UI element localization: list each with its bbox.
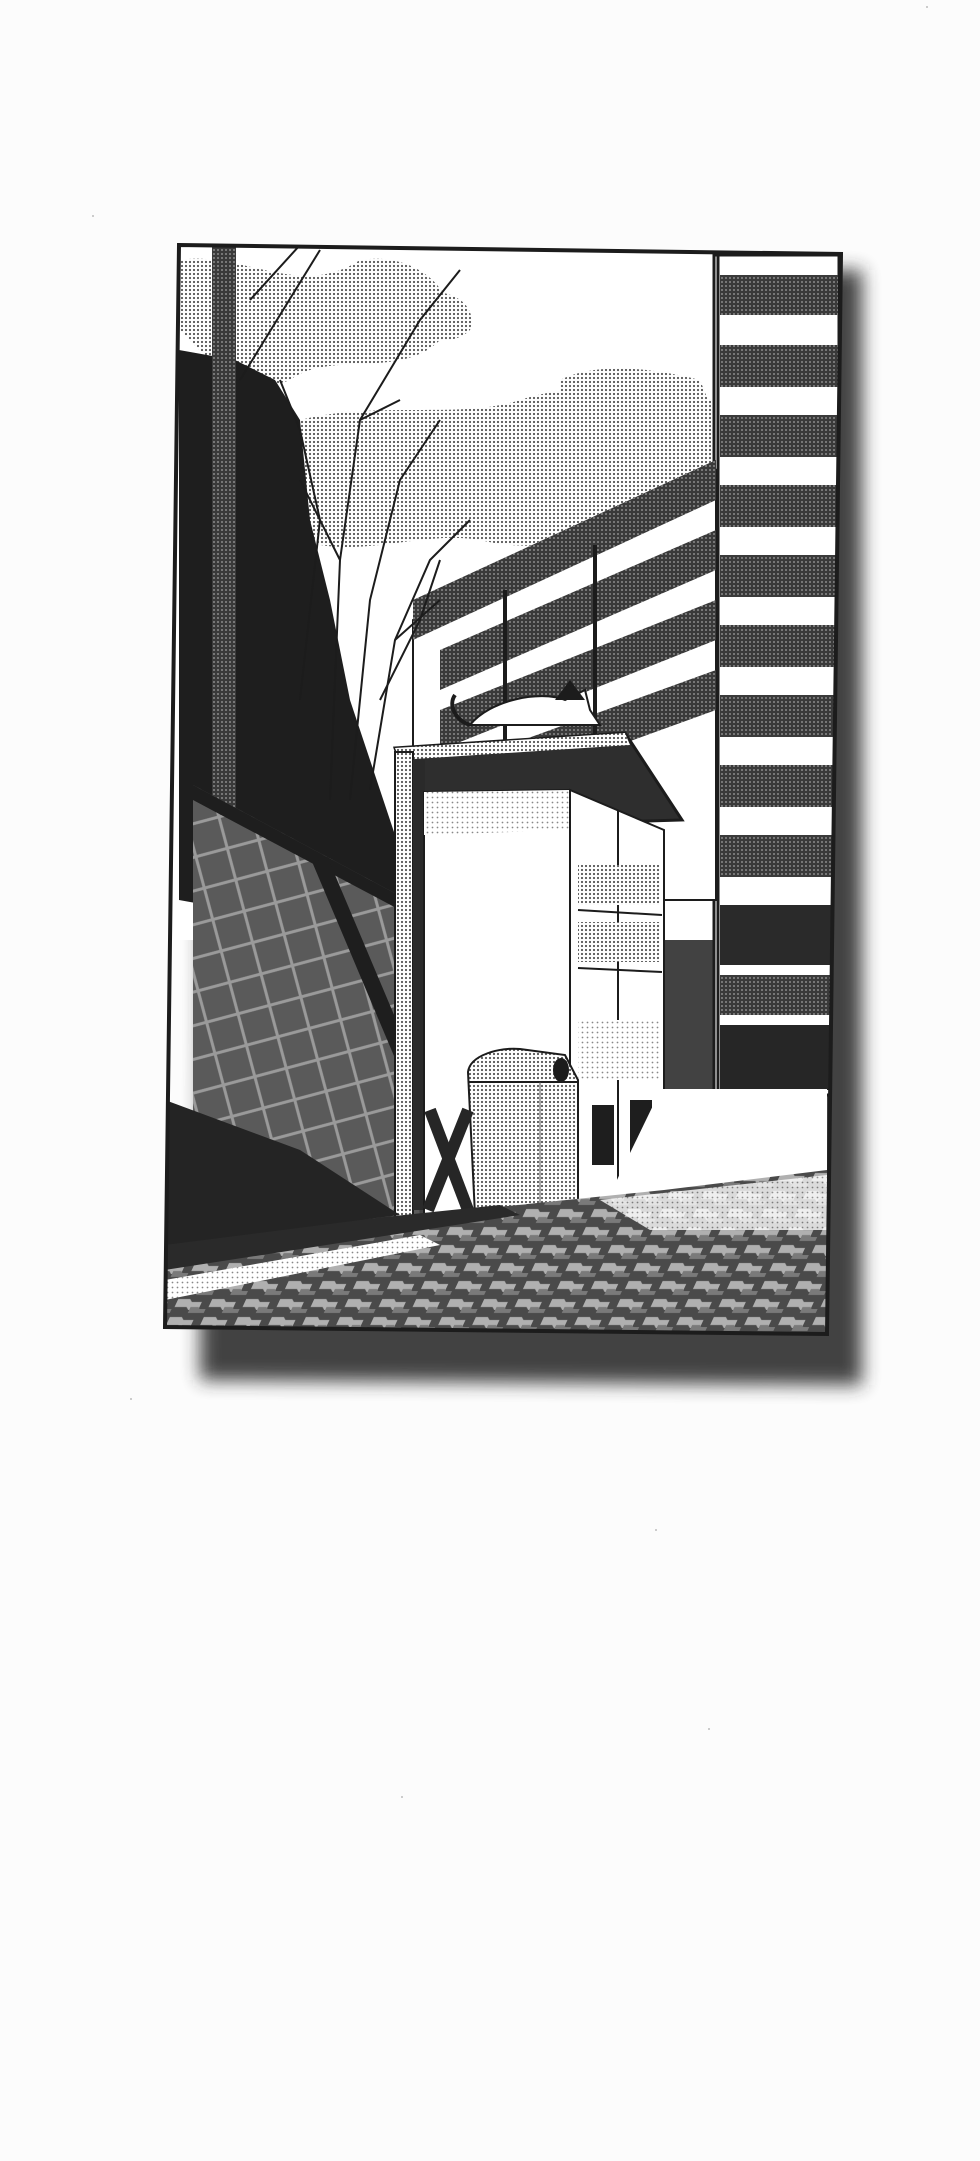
paper-speck: [401, 1796, 403, 1798]
trash-bin: [468, 1049, 578, 1215]
manga-panel: [0, 0, 980, 1560]
paper-speck: [92, 215, 94, 217]
paper-speck: [708, 1728, 710, 1730]
tall-apartment-building: [714, 255, 839, 1095]
paper-speck: [130, 1398, 132, 1400]
manga-page: Single illustrated manga panel, no dialo…: [0, 0, 980, 2161]
paper-speck: [655, 1529, 657, 1531]
paper-speck: [926, 6, 928, 8]
